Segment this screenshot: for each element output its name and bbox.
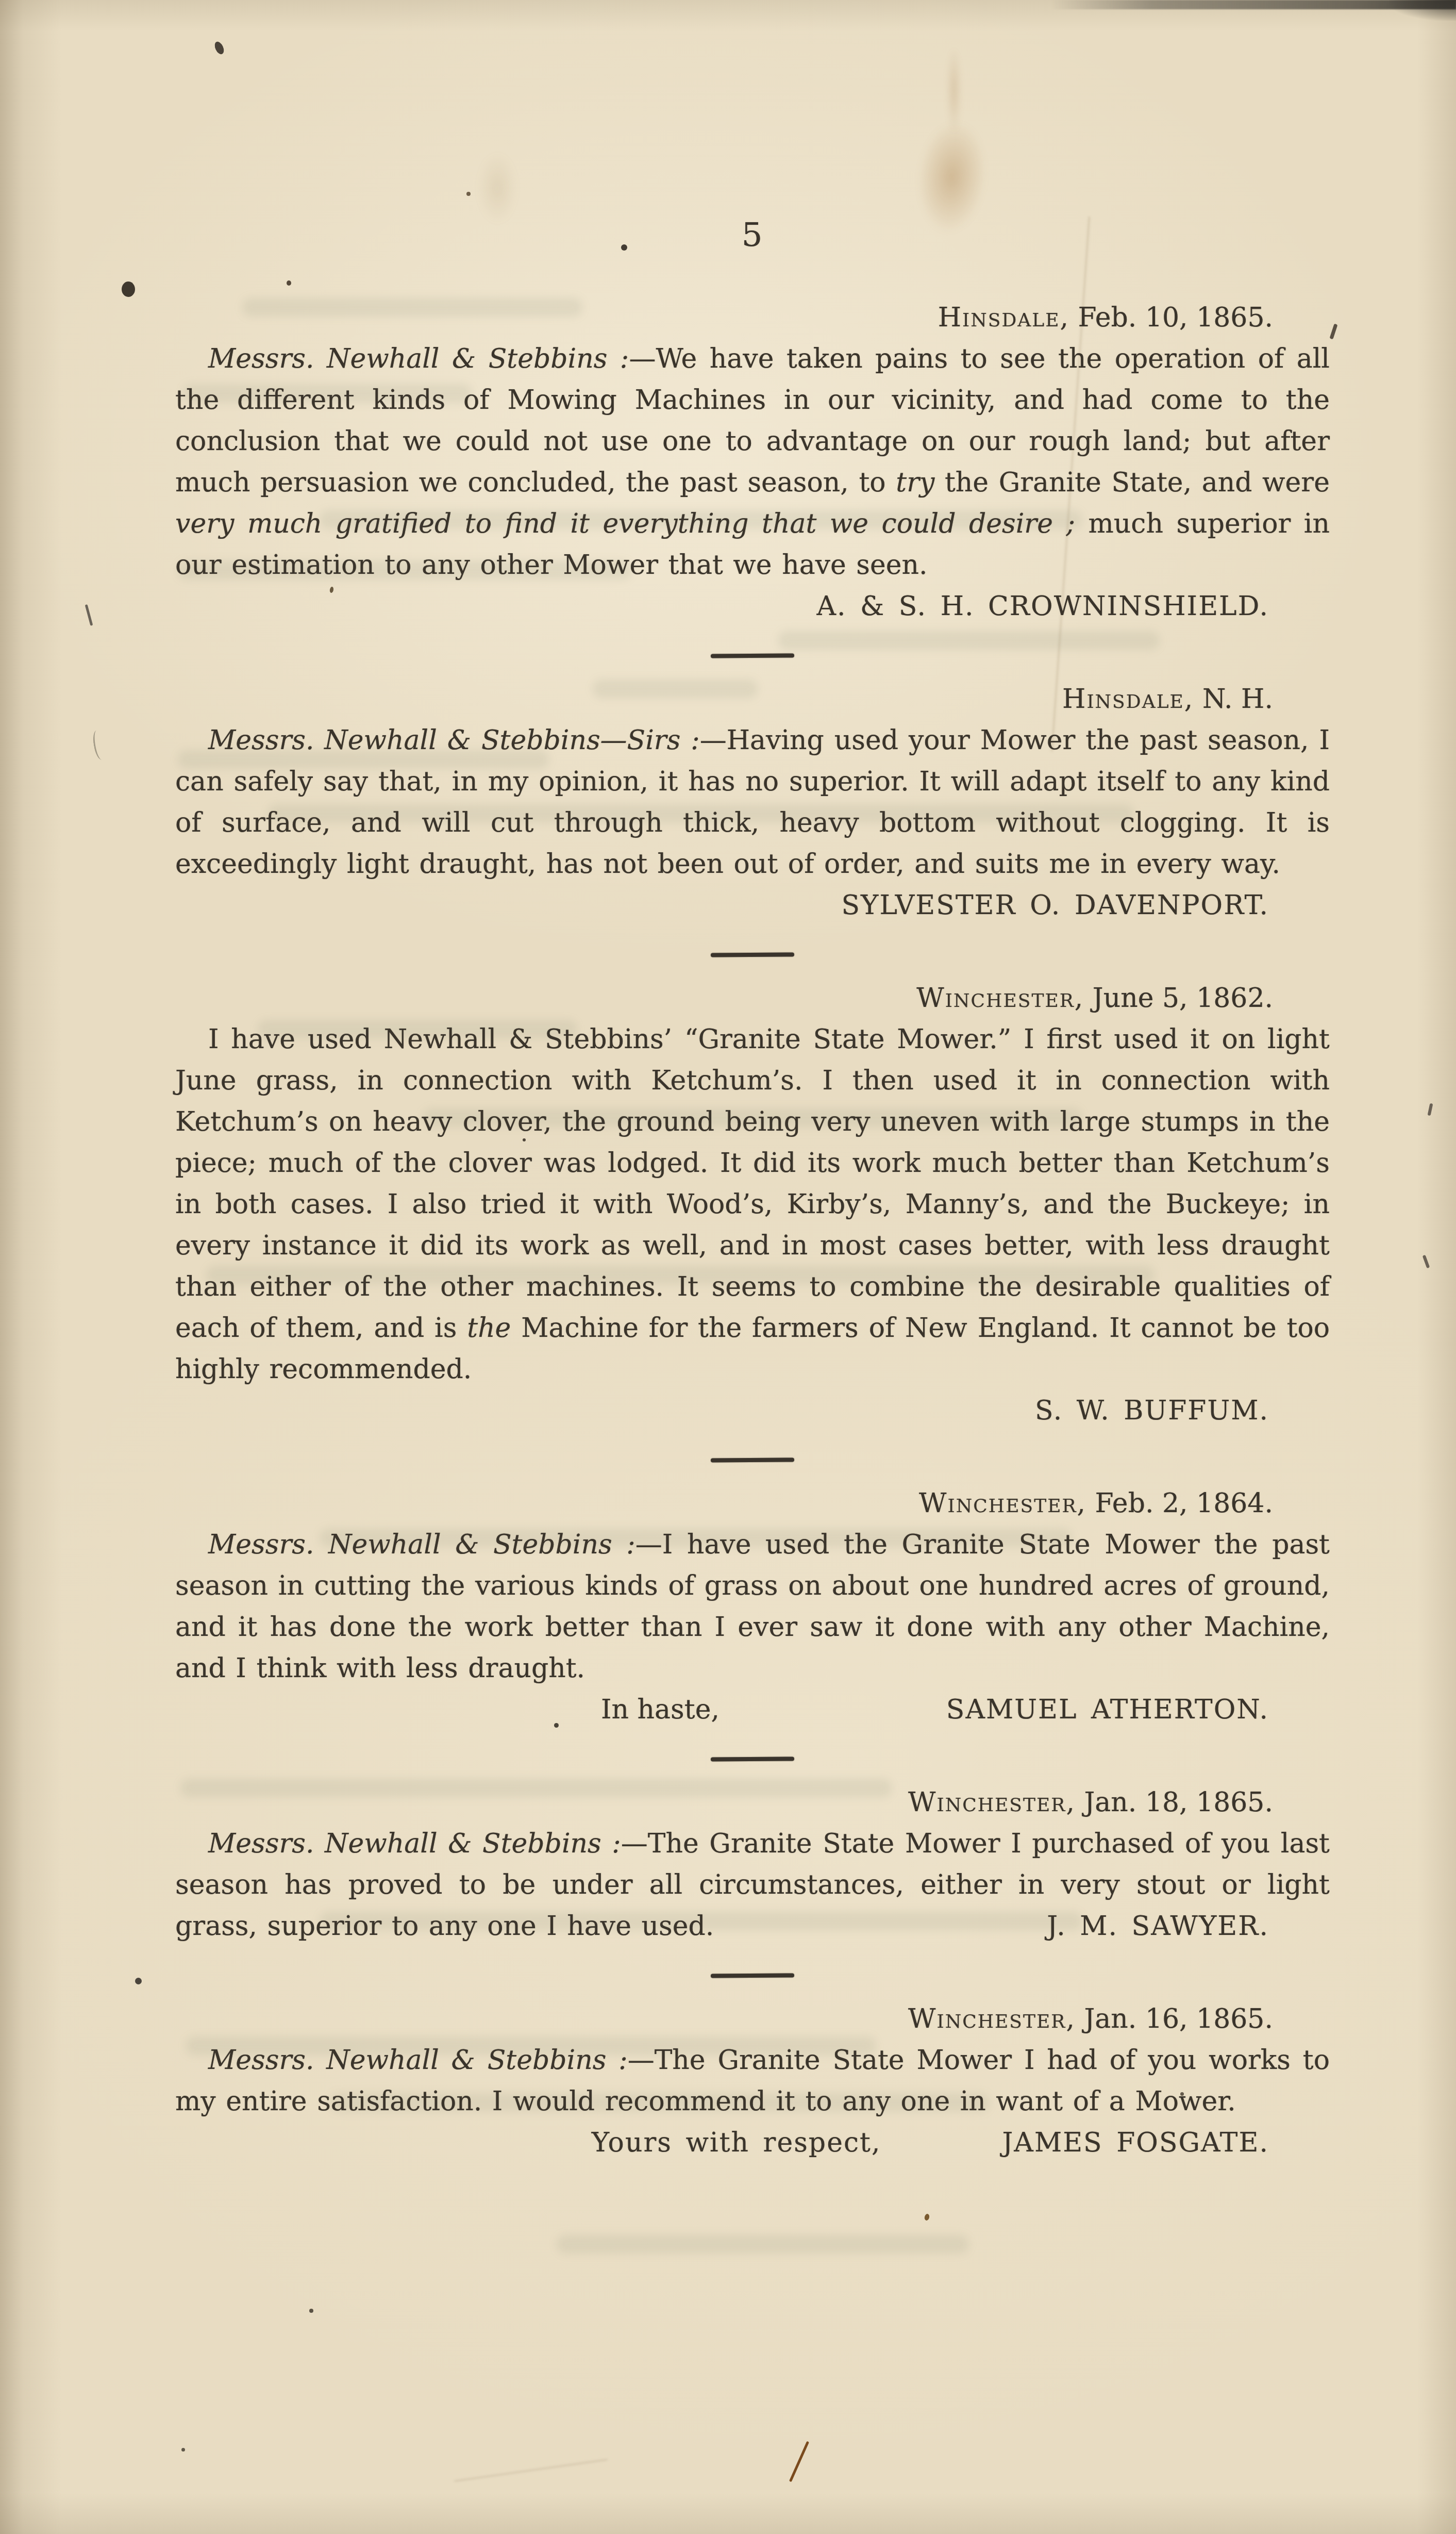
closing-phrase: Yours with respect,	[592, 2127, 881, 2158]
dateline-date: Feb. 10, 1865.	[1069, 302, 1273, 333]
body-text: I have used Newhall & Stebbins’ “Granite…	[175, 1024, 1330, 1344]
dateline-date: Jan. 18, 1865.	[1076, 1787, 1273, 1818]
dateline-date: June 5, 1862.	[1084, 983, 1273, 1014]
body-text-italic: try	[896, 467, 934, 498]
margin-mark	[1330, 324, 1338, 340]
letter-4-signature: SAMUEL ATHERTON.	[946, 1689, 1269, 1730]
letter-5-signature: J. M. SAWYER.	[1047, 1906, 1269, 1947]
letter-2: Hinsdale, N. H. Messrs. Newhall & Stebbi…	[175, 678, 1330, 926]
salutation: Messrs. Newhall & Stebbins :	[208, 343, 629, 374]
paper-speck	[122, 281, 135, 297]
salutation: Messrs. Newhall & Stebbins :	[208, 2045, 628, 2076]
text-column: 5 Hinsdale, Feb. 10, 1865. Messrs. Newha…	[175, 0, 1330, 2163]
letter-1-signature: A. & S. H. CROWNINSHIELD.	[175, 586, 1330, 627]
letter-6: Winchester, Jan. 16, 1865. Messrs. Newha…	[175, 1998, 1330, 2163]
salutation: Messrs. Newhall & Stebbins :	[208, 1828, 621, 1859]
letter-1: Hinsdale, Feb. 10, 1865. Messrs. Newhall…	[175, 297, 1330, 627]
separator-rule	[711, 653, 794, 658]
crease-line	[454, 2459, 607, 2482]
paper-speck	[924, 2213, 930, 2221]
letter-5-dateline: Winchester, Jan. 18, 1865.	[175, 1782, 1330, 1823]
dateline-place: Hinsdale,	[938, 302, 1069, 333]
letter-6-closing: Yours with respect,JAMES FOSGATE.	[592, 2122, 1269, 2163]
letter-5: Winchester, Jan. 18, 1865. Messrs. Newha…	[175, 1782, 1330, 1947]
letter-3-signature: S. W. BUFFUM.	[175, 1390, 1330, 1431]
paper-speck	[309, 2309, 313, 2313]
dateline-date: N. H.	[1194, 684, 1273, 715]
dateline-place: Winchester,	[919, 1488, 1086, 1519]
page-number: 5	[175, 219, 1330, 252]
paper-speck	[789, 2441, 809, 2482]
dateline-date: Feb. 2, 1864.	[1086, 1488, 1273, 1519]
letter-1-dateline: Hinsdale, Feb. 10, 1865.	[175, 297, 1330, 338]
margin-mark	[1422, 1255, 1430, 1268]
letter-6-dateline: Winchester, Jan. 16, 1865.	[175, 1998, 1330, 2040]
letter-6-body: Messrs. Newhall & Stebbins :—The Granite…	[175, 2040, 1330, 2163]
letter-4-closing: In haste,SAMUEL ATHERTON.	[175, 1689, 1330, 1730]
letter-2-dateline: Hinsdale, N. H.	[175, 678, 1330, 720]
body-text-italic: very much gratified to find it everythin…	[175, 508, 1075, 539]
margin-mark	[91, 730, 107, 761]
margin-mark	[1428, 1103, 1433, 1116]
salutation: Messrs. Newhall & Stebbins—Sirs :	[208, 725, 700, 756]
letter-4: Winchester, Feb. 2, 1864. Messrs. Newhal…	[175, 1483, 1330, 1730]
separator-rule	[711, 1757, 794, 1761]
showthrough-mark	[557, 2235, 969, 2254]
paper-speck	[181, 2448, 185, 2452]
dateline-place: Winchester,	[908, 2003, 1076, 2034]
paper-speck	[135, 1978, 142, 1984]
letter-4-body: Messrs. Newhall & Stebbins :—I have used…	[175, 1524, 1330, 1689]
letter-3-dateline: Winchester, June 5, 1862.	[175, 978, 1330, 1019]
letter-1-body: Messrs. Newhall & Stebbins :—We have tak…	[175, 338, 1330, 586]
letter-3-body: I have used Newhall & Stebbins’ “Granite…	[175, 1019, 1330, 1390]
letter-2-signature: SYLVESTER O. DAVENPORT.	[841, 885, 1269, 926]
margin-mark	[85, 604, 93, 626]
separator-rule	[711, 1973, 794, 1978]
letter-3: Winchester, June 5, 1862. I have used Ne…	[175, 978, 1330, 1431]
letter-2-body: Messrs. Newhall & Stebbins—Sirs :—Having…	[175, 720, 1330, 926]
letter-5-body: Messrs. Newhall & Stebbins :—The Granite…	[175, 1823, 1330, 1947]
separator-rule	[711, 952, 794, 957]
dateline-place: Hinsdale,	[1062, 684, 1194, 715]
dateline-date: Jan. 16, 1865.	[1076, 2003, 1273, 2034]
letter-4-dateline: Winchester, Feb. 2, 1864.	[175, 1483, 1330, 1524]
body-text-italic: the	[467, 1313, 511, 1344]
salutation: Messrs. Newhall & Stebbins :	[208, 1529, 635, 1560]
body-text: the Granite State, and were	[934, 467, 1330, 498]
dateline-place: Winchester,	[916, 983, 1084, 1014]
separator-rule	[711, 1458, 794, 1462]
dateline-place: Winchester,	[908, 1787, 1076, 1818]
scanned-document-page: 5 Hinsdale, Feb. 10, 1865. Messrs. Newha…	[0, 0, 1456, 2534]
scan-edge-corner	[1389, 0, 1456, 21]
closing-phrase: In haste,	[601, 1689, 719, 1730]
letter-6-signature: JAMES FOSGATE.	[1002, 2127, 1269, 2158]
